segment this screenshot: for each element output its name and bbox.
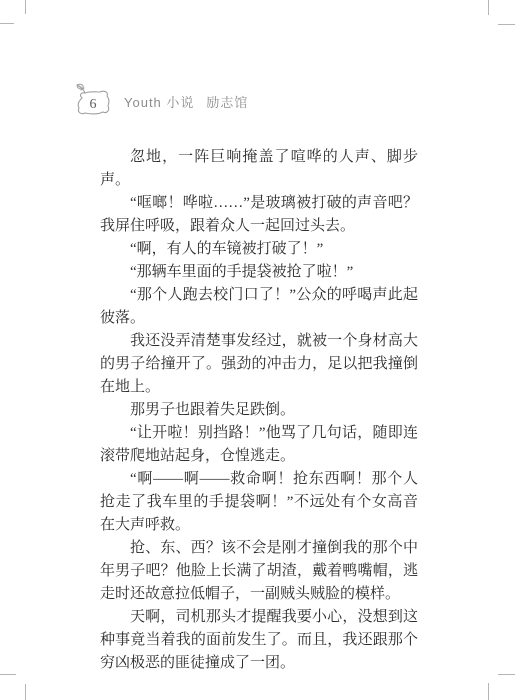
paragraph: “让开啦！别挡路！”他骂了几句话，随即连滚带爬地站起身，仓惶逃走。 <box>100 422 418 468</box>
header-label: Youth 小说励志馆 <box>124 90 248 111</box>
running-header: 6 Youth 小说励志馆 <box>73 82 248 118</box>
paragraph: “那个人跑去校门口了！”公众的呼喝声此起彼落。 <box>100 284 418 330</box>
crop-mark-top-right-vertical <box>488 0 489 15</box>
paragraph: 那男子也跟着失足跌倒。 <box>100 399 418 422</box>
paragraph: “哐啷！哗啦……”是玻璃被打破的声音吧？我屏住呼吸，跟着众人一起回过头去。 <box>100 192 418 238</box>
crop-mark-top-left-vertical <box>25 0 26 14</box>
paragraph: 天啊，司机那头才提醒我要小心，没想到这种事竟当着我的面前发生了。而且，我还跟那个… <box>100 606 418 675</box>
book-page: 6 Youth 小说励志馆 忽地，一阵巨响掩盖了喧哗的人声、脚步声。 “哐啷！哗… <box>0 0 515 700</box>
paragraph: “啊——啊——救命啊！抢东西啊！那个人抢走了我车里的手提袋啊！”不远处有个女高音… <box>100 468 418 537</box>
paragraph: “那辆车里面的手提袋被抢了啦！” <box>100 261 418 284</box>
sprout-seal-icon: 6 <box>73 82 113 118</box>
crop-mark-bottom-left-vertical <box>25 684 26 700</box>
paragraph: “啊，有人的车镜被打破了！” <box>100 238 418 261</box>
crop-mark-top-right-horizontal <box>498 24 515 25</box>
crop-mark-top-left-horizontal <box>0 23 14 24</box>
crop-mark-bottom-left-horizontal <box>0 674 16 675</box>
paragraph: 抢、东、西？该不会是刚才撞倒我的那个中年男子吧？他脸上长满了胡渣，戴着鸭嘴帽，逃… <box>100 537 418 606</box>
crop-mark-bottom-right-horizontal <box>498 674 515 675</box>
page-number: 6 <box>90 97 97 112</box>
series-label: Youth 小说 <box>124 95 194 110</box>
paragraph: 我还没弄清楚事发经过，就被一个身材高大的男子给撞开了。强劲的冲击力，足以把我撞倒… <box>100 330 418 399</box>
collection-label: 励志馆 <box>206 95 248 110</box>
body-text: 忽地，一阵巨响掩盖了喧哗的人声、脚步声。 “哐啷！哗啦……”是玻璃被打破的声音吧… <box>100 146 418 675</box>
crop-mark-bottom-right-vertical <box>488 683 489 700</box>
paragraph: 忽地，一阵巨响掩盖了喧哗的人声、脚步声。 <box>100 146 418 192</box>
